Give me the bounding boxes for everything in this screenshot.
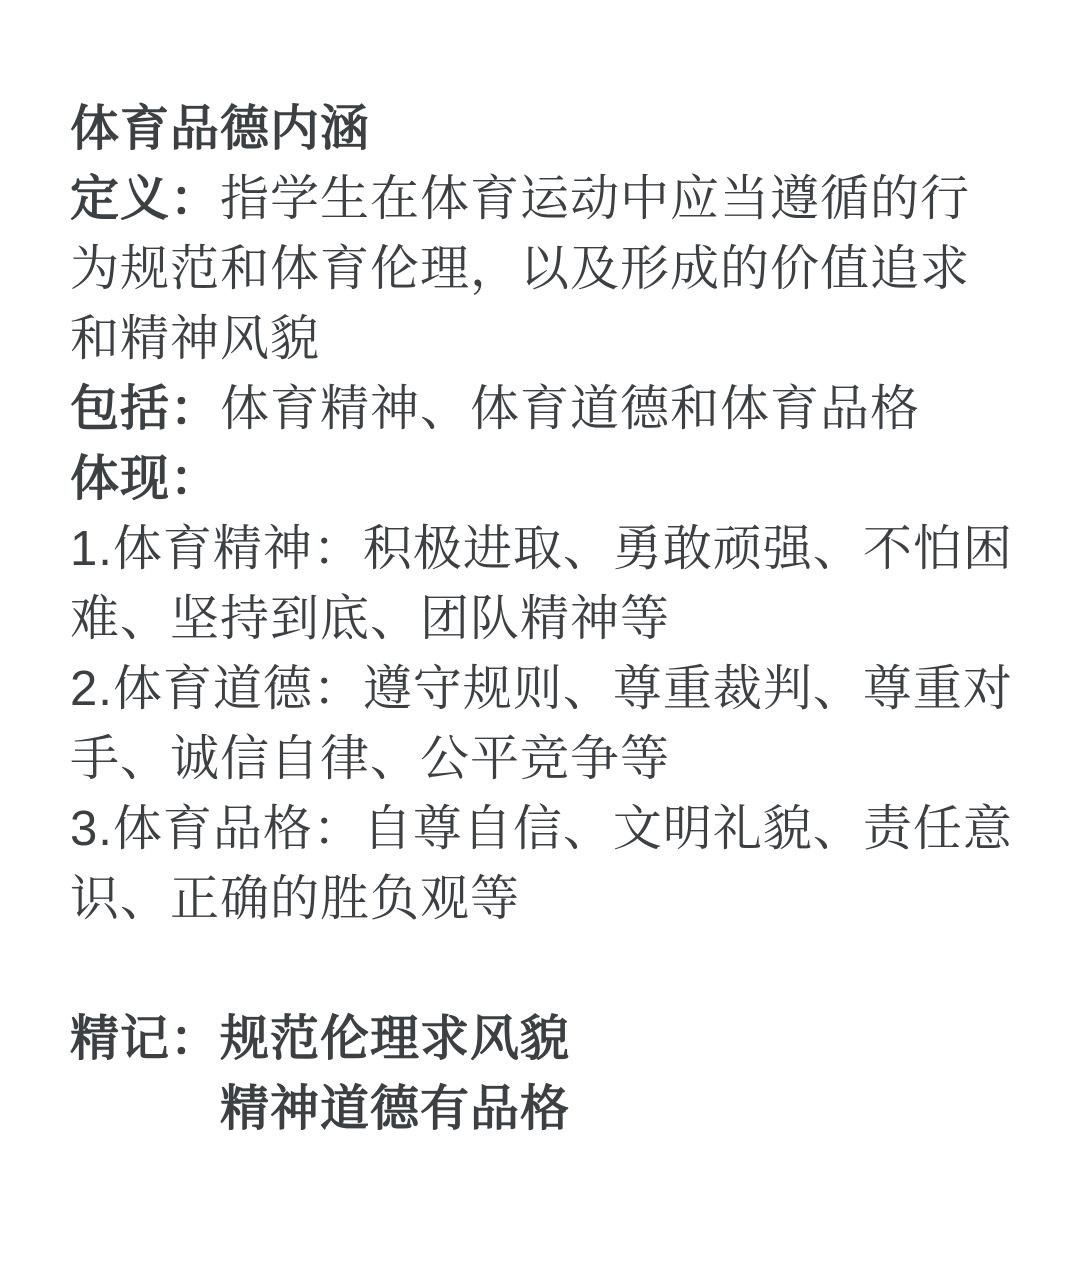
note-page: 体育品德内涵 定义：指学生在体育运动中应当遵循的行 为规范和体育伦理，以及形成的… — [0, 0, 1080, 1270]
line-text: 指学生在体育运动中应当遵循的行 — [220, 172, 970, 226]
mnemonic-text-1: 规范伦理求风貌 — [220, 1012, 570, 1066]
mnemonic-block: 精记：规范伦理求风貌 精神道德有品格 — [70, 1004, 1020, 1144]
mnemonic-label: 精记： — [70, 1012, 220, 1066]
body-line: 体现： — [70, 444, 1020, 514]
body-line: 3.体育品格：自尊自信、文明礼貌、责任意 — [70, 794, 1020, 864]
body-line: 包括：体育精神、体育道德和体育品格 — [70, 374, 1020, 444]
line-label: 包括： — [70, 382, 220, 436]
body-line: 1.体育精神：积极进取、勇敢顽强、不怕困 — [70, 514, 1020, 584]
body-line: 手、诚信自律、公平竞争等 — [70, 724, 1020, 794]
line-text: 和精神风貌 — [70, 312, 320, 366]
line-text: 体育精神、体育道德和体育品格 — [220, 382, 920, 436]
mnemonic-text-2: 精神道德有品格 — [220, 1082, 570, 1136]
body-line: 定义：指学生在体育运动中应当遵循的行 — [70, 164, 1020, 234]
mnemonic-line-1: 精记：规范伦理求风貌 — [70, 1004, 1020, 1074]
line-text: 为规范和体育伦理，以及形成的价值追求 — [70, 242, 970, 296]
body-line: 识、正确的胜负观等 — [70, 864, 1020, 934]
line-label: 体现： — [70, 452, 220, 506]
page-title: 体育品德内涵 — [70, 94, 1020, 164]
line-text: 2.体育道德：遵守规则、尊重裁判、尊重对 — [70, 662, 1013, 716]
line-text: 3.体育品格：自尊自信、文明礼貌、责任意 — [70, 802, 1013, 856]
body-line: 和精神风貌 — [70, 304, 1020, 374]
body-line: 难、坚持到底、团队精神等 — [70, 584, 1020, 654]
line-label: 定义： — [70, 172, 220, 226]
line-text: 识、正确的胜负观等 — [70, 872, 520, 926]
line-text: 难、坚持到底、团队精神等 — [70, 592, 670, 646]
line-text: 1.体育精神：积极进取、勇敢顽强、不怕困 — [70, 522, 1013, 576]
mnemonic-line-2: 精神道德有品格 — [70, 1074, 1020, 1144]
body-line: 2.体育道德：遵守规则、尊重裁判、尊重对 — [70, 654, 1020, 724]
body-line: 为规范和体育伦理，以及形成的价值追求 — [70, 234, 1020, 304]
line-text: 手、诚信自律、公平竞争等 — [70, 732, 670, 786]
